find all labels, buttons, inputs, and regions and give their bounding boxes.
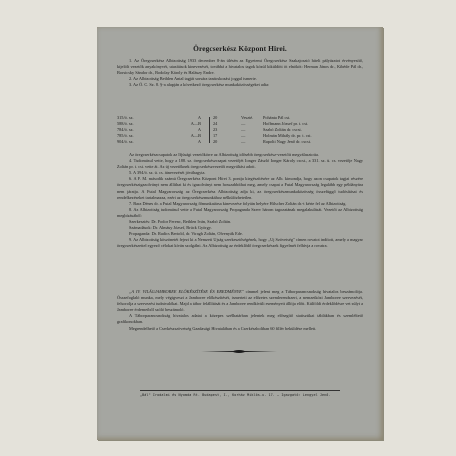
paragraph-8: 8. Az Albizottság tudomásul vette a Futa…: [117, 207, 363, 219]
paragraph-3: 3. Az Ö. C. Sz. 8. §-a alapján a követke…: [117, 82, 363, 88]
document-page: Öregcserkész Központ Hirei. 1. Az Öregcs…: [97, 27, 383, 440]
announcement-text-3: Megrendelhető a Cserkészszövetség Gazdas…: [117, 326, 363, 332]
paragraph-9: 9. Az Albizottság köszönetét fejezi ki a…: [117, 237, 363, 249]
paragraph-4: 4. Tudomásul vette, hogy a 188. sz. öreg…: [117, 158, 363, 170]
announcement: „A IV. VILÁGJAMBOREE ELŐKÉSZÍTÉSE ÉS ERE…: [117, 289, 363, 332]
top-paragraphs: 1. Az Öregcserkész Albizottság 1933 dece…: [117, 58, 363, 88]
divider-ornament: [233, 350, 245, 353]
paragraph-7: 7. Bara Dénes dr. a Futal Magyarország f…: [117, 201, 363, 207]
brace-divider: [209, 117, 211, 143]
announcement-text-2: A Táborparancsnokság hivatalos adatai a …: [117, 313, 363, 325]
table-row: 904/ö. sz. A 20 — Rapolti Nagy Jenő dr. …: [117, 139, 363, 145]
paragraph-1: 1. Az Öregcserkész Albizottság 1933 dece…: [117, 58, 363, 76]
page-title: Öregcserkész Központ Hirei.: [97, 44, 383, 53]
footer-rule: [140, 390, 340, 391]
paragraph-6: 6. A F. M. második számú Öregcserkész Kö…: [117, 176, 363, 200]
announcement-heading: „A IV. VILÁGJAMBOREE ELŐKÉSZÍTÉSE ÉS ERE…: [129, 289, 244, 294]
printer-footer: „Bál" Irodalmi és Nyomda Rt. Budapest, I…: [140, 393, 340, 397]
units-table: 315/ö. sz. A 20 Veszté. Pohánta Pál cst.…: [117, 115, 363, 145]
middle-paragraphs: Az öregcserkészcsapatok az Ifjúsági veze…: [117, 152, 363, 250]
